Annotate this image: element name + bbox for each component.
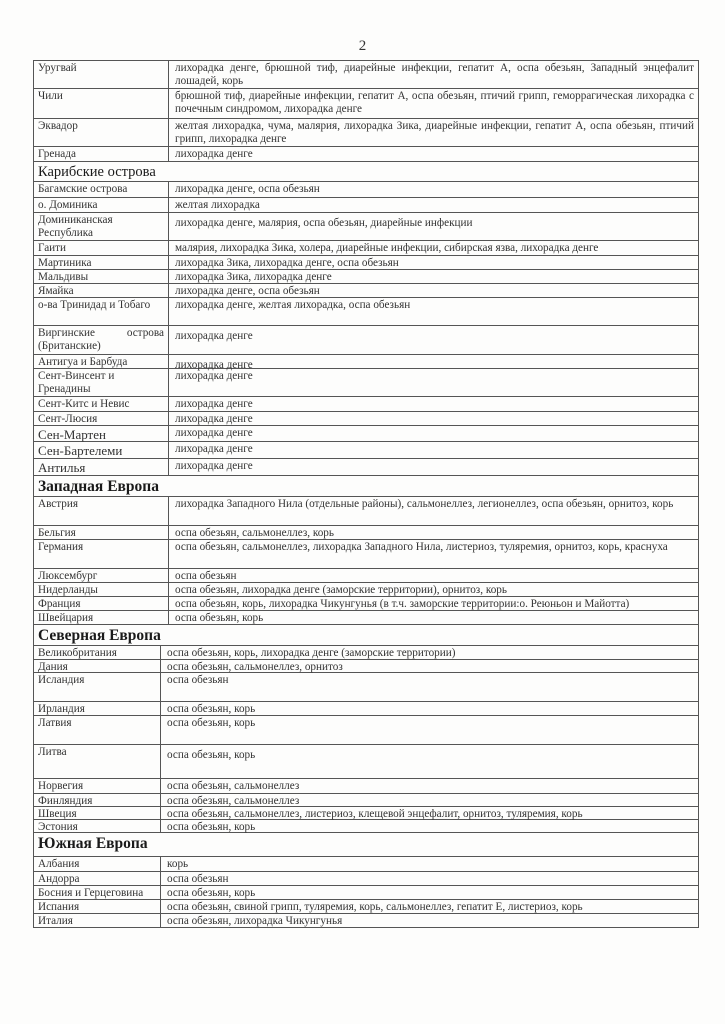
country-cell: Литва	[34, 745, 161, 778]
table-row: Ирландияоспа обезьян, корь	[34, 702, 698, 716]
table-row: Сент-Люсиялихорадка денге	[34, 412, 698, 426]
table-row: о. Доминикажелтая лихорадка	[34, 198, 698, 213]
diseases-cell: оспа обезьян, корь, лихорадка денге (зам…	[161, 646, 698, 659]
diseases-cell: желтая лихорадка, чума, малярия, лихорад…	[169, 119, 698, 146]
table-row: Эстонияоспа обезьян, корь	[34, 820, 698, 833]
table-row: Исландияоспа обезьян	[34, 673, 698, 702]
diseases-cell: оспа обезьян	[161, 872, 698, 885]
table-row: Антильялихорадка денге	[34, 459, 698, 476]
country-cell: Сент-Люсия	[34, 412, 169, 425]
table-row: Данияоспа обезьян, сальмонеллез, орнитоз	[34, 660, 698, 673]
diseases-cell: оспа обезьян, корь	[161, 702, 698, 715]
country-cell: Сен-Бартелеми	[34, 442, 169, 458]
country-cell: Франция	[34, 597, 169, 610]
table-row: Антигуа и Барбудалихорадка денге	[34, 355, 698, 369]
diseases-cell: оспа обезьян, корь	[161, 886, 698, 899]
country-cell: Гаити	[34, 241, 169, 255]
table-row: Францияоспа обезьян, корь, лихорадка Чик…	[34, 597, 698, 611]
table-row: Босния и Герцеговинаоспа обезьян, корь	[34, 886, 698, 900]
table-row: Мальдивылихорадка Зика, лихорадка денге	[34, 270, 698, 284]
table-row: Великобританияоспа обезьян, корь, лихора…	[34, 646, 698, 660]
diseases-cell: оспа обезьян, корь, лихорадка Чикунгунья…	[169, 597, 698, 610]
diseases-cell: лихорадка денге, оспа обезьян	[169, 284, 698, 297]
country-cell: Бельгия	[34, 526, 169, 539]
diseases-cell: оспа обезьян	[169, 569, 698, 582]
diseases-cell: лихорадка денге	[169, 412, 698, 425]
country-cell: Босния и Герцеговина	[34, 886, 161, 899]
country-cell: Нидерланды	[34, 583, 169, 596]
region-header: Северная Европа	[34, 625, 698, 646]
country-cell: Латвия	[34, 716, 161, 744]
table-row: Гренадалихорадка денге	[34, 147, 698, 162]
table-row: Эквадоржелтая лихорадка, чума, малярия, …	[34, 119, 698, 147]
country-cell: Гренада	[34, 147, 169, 161]
country-cell: о-ва Тринидад и Тобаго	[34, 298, 169, 325]
diseases-cell: оспа обезьян, лихорадка Чикунгунья	[161, 914, 698, 927]
table-row: Албаниякорь	[34, 857, 698, 872]
country-cell: Финляндия	[34, 794, 161, 806]
diseases-cell: лихорадка денге	[169, 426, 698, 441]
country-cell: Эквадор	[34, 119, 169, 146]
table-row: Литваоспа обезьян, корь	[34, 745, 698, 779]
diseases-cell: оспа обезьян, сальмонеллез, листериоз, к…	[161, 807, 698, 819]
table-row: Уругвайлихорадка денге, брюшной тиф, диа…	[34, 61, 698, 89]
country-cell: Антилья	[34, 459, 169, 475]
country-cell: Виргинские острова (Британские)	[34, 326, 169, 354]
country-cell: Швеция	[34, 807, 161, 819]
country-cell: Испания	[34, 900, 161, 913]
country-cell: Исландия	[34, 673, 161, 701]
diseases-cell: малярия, лихорадка Зика, холера, диарейн…	[169, 241, 698, 255]
table-row: Швейцарияоспа обезьян, корь	[34, 611, 698, 625]
country-cell: Сент-Китс и Невис	[34, 397, 169, 411]
country-cell: Австрия	[34, 497, 169, 525]
diseases-cell: оспа обезьян, корь	[161, 716, 698, 744]
diseases-cell: лихорадка денге	[169, 355, 698, 368]
table-row: Виргинские острова (Британские)лихорадка…	[34, 326, 698, 355]
table-row: Австриялихорадка Западного Нила (отдельн…	[34, 497, 698, 526]
country-cell: Сент-Винсент и Гренадины	[34, 369, 169, 396]
country-cell: Швейцария	[34, 611, 169, 624]
diseases-cell: желтая лихорадка	[169, 198, 698, 212]
disease-table: Уругвайлихорадка денге, брюшной тиф, диа…	[33, 60, 699, 928]
diseases-cell: оспа обезьян, сальмонеллез	[161, 794, 698, 806]
table-row: Германияоспа обезьян, сальмонеллез, лихо…	[34, 540, 698, 569]
diseases-cell: оспа обезьян, свиной грипп, туляремия, к…	[161, 900, 698, 913]
diseases-cell: лихорадка денге	[169, 369, 698, 396]
country-cell: Андорра	[34, 872, 161, 885]
country-cell: о. Доминика	[34, 198, 169, 212]
table-row: Андорраоспа обезьян	[34, 872, 698, 886]
diseases-cell: оспа обезьян, корь	[169, 611, 698, 624]
diseases-cell: лихорадка денге, оспа обезьян	[169, 182, 698, 197]
table-row: Швецияоспа обезьян, сальмонеллез, листер…	[34, 807, 698, 820]
country-cell: Норвегия	[34, 779, 161, 793]
country-cell: Италия	[34, 914, 161, 927]
country-cell: Чили	[34, 89, 169, 118]
table-row: Испания оспа обезьян, свиной грипп, туля…	[34, 900, 698, 914]
table-row: Норвегияоспа обезьян, сальмонеллез	[34, 779, 698, 794]
diseases-cell: лихорадка денге, желтая лихорадка, оспа …	[169, 298, 698, 325]
diseases-cell: оспа обезьян, лихорадка денге (заморские…	[169, 583, 698, 596]
table-row: Ямайкалихорадка денге, оспа обезьян	[34, 284, 698, 298]
diseases-cell: оспа обезьян	[161, 673, 698, 701]
table-row: Сент-Китс и Невислихорадка денге	[34, 397, 698, 412]
country-cell: Мартиника	[34, 256, 169, 269]
country-cell: Уругвай	[34, 61, 169, 88]
country-cell: Германия	[34, 540, 169, 568]
diseases-cell: корь	[161, 857, 698, 871]
table-row: Сен-Бартелемилихорадка денге	[34, 442, 698, 459]
diseases-cell: оспа обезьян, корь	[161, 745, 698, 778]
diseases-cell: лихорадка денге, малярия, оспа обезьян, …	[169, 213, 698, 240]
diseases-cell: лихорадка денге	[169, 459, 698, 475]
country-cell: Багамские острова	[34, 182, 169, 197]
table-row: Сен-Мартенлихорадка денге	[34, 426, 698, 442]
table-row: о-ва Тринидад и Тобаголихорадка денге, ж…	[34, 298, 698, 326]
diseases-cell: лихорадка Зика, лихорадка денге	[169, 270, 698, 283]
page-number: 2	[0, 38, 725, 55]
table-row: Люксембургоспа обезьян	[34, 569, 698, 583]
diseases-cell: лихорадка Западного Нила (отдельные райо…	[169, 497, 698, 525]
diseases-cell: лихорадка денге	[169, 147, 698, 161]
country-cell: Ямайка	[34, 284, 169, 297]
diseases-cell: оспа обезьян, сальмонеллез, лихорадка За…	[169, 540, 698, 568]
country-cell: Мальдивы	[34, 270, 169, 283]
country-cell: Ирландия	[34, 702, 161, 715]
diseases-cell: лихорадка денге, брюшной тиф, диарейные …	[169, 61, 698, 88]
country-cell: Люксембург	[34, 569, 169, 582]
diseases-cell: оспа обезьян, корь	[161, 820, 698, 832]
table-row: Сент-Винсент и Гренадинылихорадка денге	[34, 369, 698, 397]
country-cell: Албания	[34, 857, 161, 871]
table-row: Доминиканская Республикалихорадка денге,…	[34, 213, 698, 241]
diseases-cell: лихорадка денге	[169, 442, 698, 458]
table-row: Чилибрюшной тиф, диарейные инфекции, геп…	[34, 89, 698, 119]
country-cell: Доминиканская Республика	[34, 213, 169, 240]
region-header: Южная Европа	[34, 833, 698, 857]
country-cell: Сен-Мартен	[34, 426, 169, 441]
country-cell: Дания	[34, 660, 161, 672]
country-cell: Эстония	[34, 820, 161, 832]
diseases-cell: брюшной тиф, диарейные инфекции, гепатит…	[169, 89, 698, 118]
table-row: Нидерландыоспа обезьян, лихорадка денге …	[34, 583, 698, 597]
diseases-cell: оспа обезьян, сальмонеллез, орнитоз	[161, 660, 698, 672]
region-header: Карибские острова	[34, 162, 698, 182]
table-row: Латвияоспа обезьян, корь	[34, 716, 698, 745]
diseases-cell: лихорадка денге	[169, 326, 698, 354]
table-row: Багамские островалихорадка денге, оспа о…	[34, 182, 698, 198]
region-header: Западная Европа	[34, 476, 698, 497]
table-row: Гаитималярия, лихорадка Зика, холера, ди…	[34, 241, 698, 256]
diseases-cell: оспа обезьян, сальмонеллез, корь	[169, 526, 698, 539]
diseases-cell: лихорадка Зика, лихорадка денге, оспа об…	[169, 256, 698, 269]
table-row: Бельгияоспа обезьян, сальмонеллез, корь	[34, 526, 698, 540]
table-row: Финляндияоспа обезьян, сальмонеллез	[34, 794, 698, 807]
diseases-cell: оспа обезьян, сальмонеллез	[161, 779, 698, 793]
country-cell: Великобритания	[34, 646, 161, 659]
country-cell: Антигуа и Барбуда	[34, 355, 169, 368]
table-row: Мартиникалихорадка Зика, лихорадка денге…	[34, 256, 698, 270]
table-row: Италияоспа обезьян, лихорадка Чикунгунья	[34, 914, 698, 928]
diseases-cell: лихорадка денге	[169, 397, 698, 411]
